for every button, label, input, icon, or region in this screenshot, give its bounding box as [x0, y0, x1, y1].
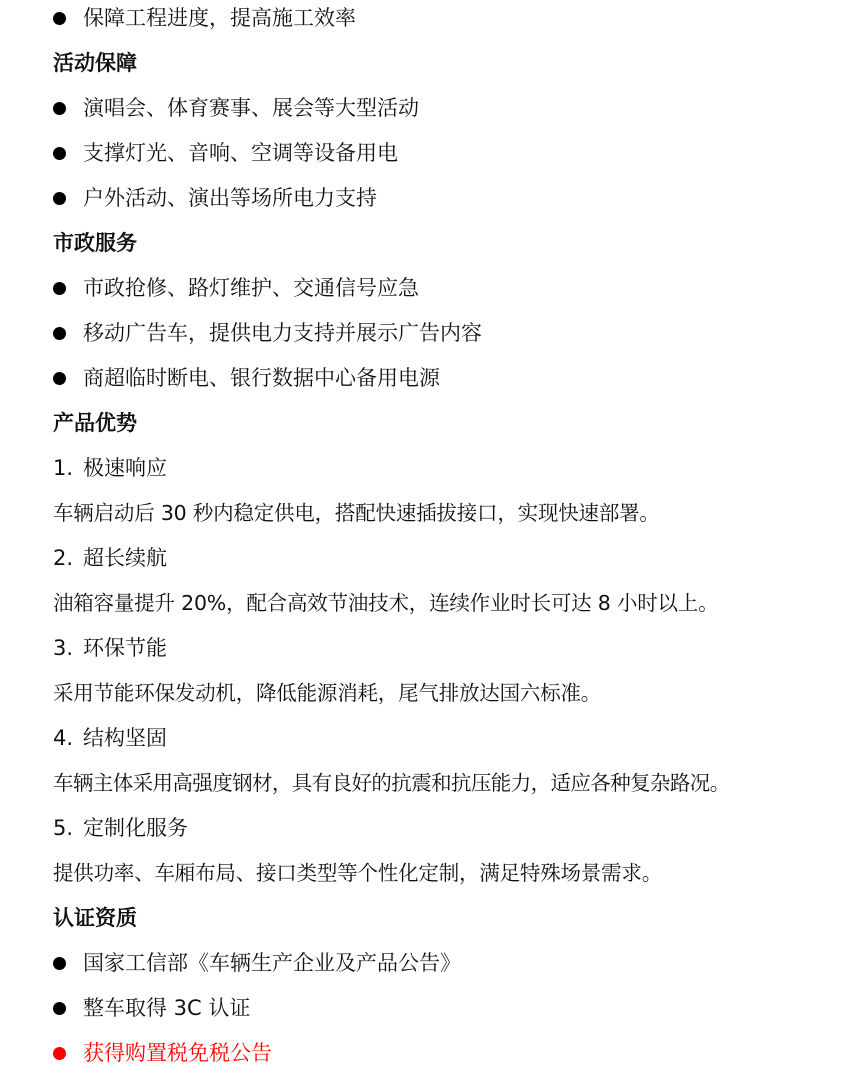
bullet-icon [53, 147, 66, 160]
advantage-description: 油箱容量提升 20%，配合高效节油技术，连续作业时长可达 8 小时以上。 [53, 588, 718, 618]
bullet-icon [53, 102, 66, 115]
section-heading-advantages: 产品优势 [53, 408, 137, 438]
advantage-description: 提供功率、车厢布局、接口类型等个性化定制，满足特殊场景需求。 [53, 858, 662, 888]
bullet-icon [53, 1002, 66, 1015]
advantage-title: 2.超长续航 [53, 543, 167, 573]
advantage-description: 车辆启动后 30 秒内稳定供电，搭配快速插拔接口，实现快速部署。 [53, 498, 660, 528]
bullet-icon [53, 1047, 66, 1060]
bullet-icon [53, 372, 66, 385]
advantage-title: 3.环保节能 [53, 633, 167, 663]
bullet-icon [53, 327, 66, 340]
advantage-description: 车辆主体采用高强度钢材，具有良好的抗震和抗压能力，适应各种复杂路况。 [53, 768, 730, 798]
advantage-title: 4.结构坚固 [53, 723, 167, 753]
bullet-icon [53, 282, 66, 295]
section-heading-events: 活动保障 [53, 48, 137, 78]
section-heading-certifications: 认证资质 [53, 903, 137, 933]
bullet-icon [53, 12, 66, 25]
section-heading-municipal: 市政服务 [53, 228, 137, 258]
advantage-title: 5.定制化服务 [53, 813, 188, 843]
bullet-icon [53, 192, 66, 205]
bullet-icon [53, 957, 66, 970]
advantage-title: 1.极速响应 [53, 453, 167, 483]
advantage-description: 采用节能环保发动机，降低能源消耗，尾气排放达国六标准。 [53, 678, 601, 708]
